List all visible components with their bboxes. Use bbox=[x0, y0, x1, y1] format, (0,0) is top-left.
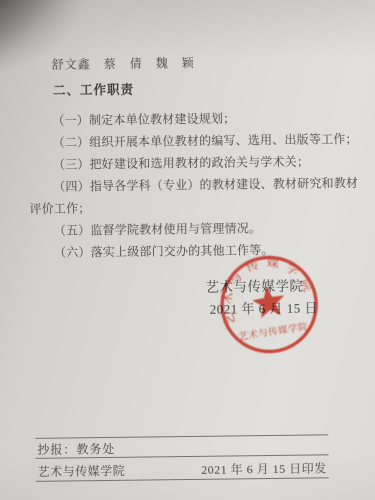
official-seal-stamp: 艺术与传媒学院 艺术与传媒学院 bbox=[216, 251, 323, 358]
duty-item-2: （二）组织开展本单位教材的编写、选用、出版等工作； bbox=[29, 128, 369, 154]
footer-issue-row: 艺术与传媒学院 2021 年 6 月 15 日印发 bbox=[36, 455, 329, 482]
document-body: 舒文鑫 蔡 倩 魏 颖 二、工作职责 （一）制定本单位教材建设规划； （二）组织… bbox=[28, 50, 371, 264]
document-photo: 舒文鑫 蔡 倩 魏 颖 二、工作职责 （一）制定本单位教材建设规划； （二）组织… bbox=[0, 0, 375, 500]
document-footer: 抄报：教务处 艺术与传媒学院 2021 年 6 月 15 日印发 bbox=[35, 434, 329, 482]
recipient-names: 舒文鑫 蔡 倩 魏 颖 bbox=[28, 50, 368, 76]
footer-issuer: 艺术与传媒学院 bbox=[38, 462, 126, 480]
footer-print-date: 2021 年 6 月 15 日印发 bbox=[201, 459, 327, 478]
svg-text:艺术与传媒学院: 艺术与传媒学院 bbox=[216, 251, 321, 327]
seal-arc-text: 艺术与传媒学院 bbox=[216, 251, 321, 327]
section-title: 二、工作职责 bbox=[28, 76, 368, 102]
star-icon bbox=[250, 284, 287, 319]
duty-item-4: （四）指导各学科（专业）的教材建设、教材研究和教材评价工作； bbox=[29, 172, 370, 220]
